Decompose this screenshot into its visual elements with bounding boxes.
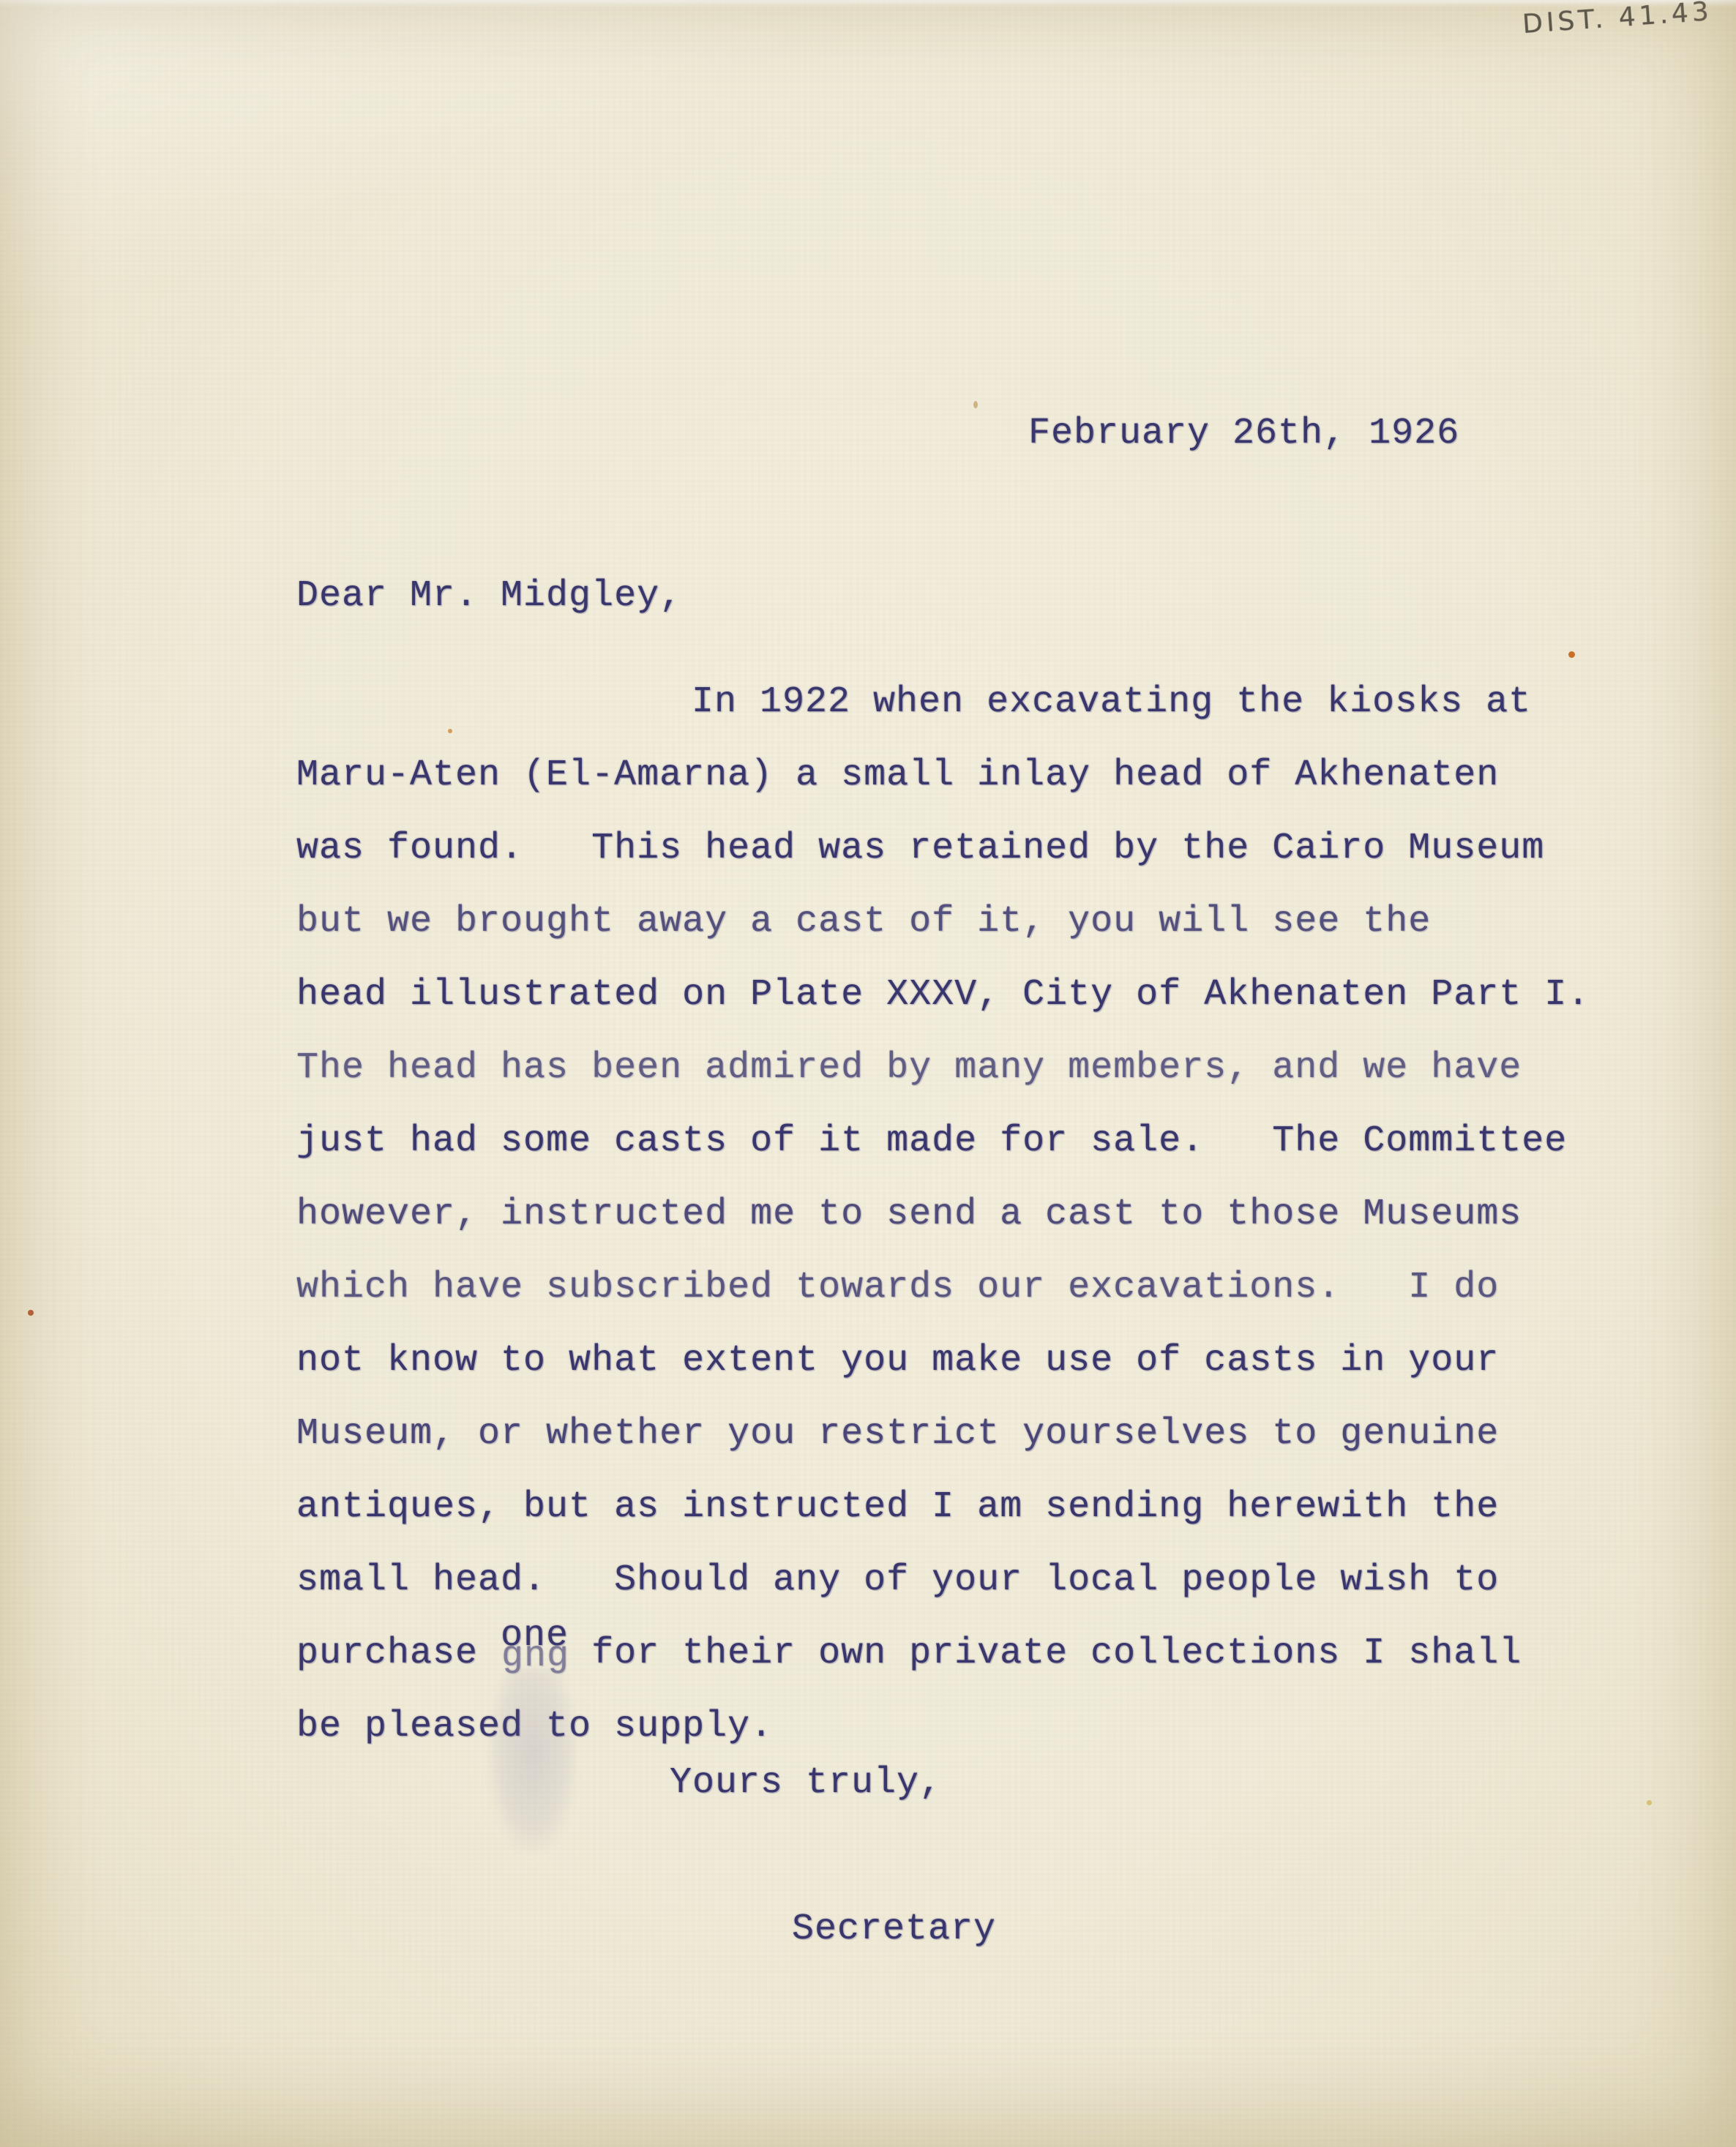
body-line: The head has been admired by many member… [296, 1050, 1585, 1123]
paper-speck [1647, 1800, 1652, 1805]
body-line: just had some casts of it made for sale.… [296, 1123, 1585, 1196]
body-line: not know to what extent you make use of … [296, 1343, 1585, 1416]
overtyped-word: gngone [501, 1635, 569, 1672]
body-line: small head. Should any of your local peo… [296, 1562, 1585, 1635]
body-line: In 1922 when excavating the kiosks at [296, 684, 1585, 757]
body-line: which have subscribed towards our excava… [296, 1270, 1585, 1343]
letter-body: In 1922 when excavating the kiosks atMar… [296, 684, 1585, 1782]
body-line: purchase gngone for their own private co… [296, 1635, 1585, 1709]
scan-edge [0, 0, 1736, 7]
body-line: however, instructed me to send a cast to… [296, 1196, 1585, 1270]
body-line: antiques, but as instructed I am sending… [296, 1489, 1585, 1562]
signature-title: Secretary [792, 1911, 996, 1948]
letter-date: February 26th, 1926 [1028, 416, 1459, 452]
closing: Yours truly, [670, 1765, 942, 1802]
paper-speck [973, 401, 978, 408]
salutation: Dear Mr. Midgley, [296, 578, 682, 615]
letter-scan: DIST. 41.43 February 26th, 1926 Dear Mr.… [0, 0, 1736, 2147]
body-line: but we brought away a cast of it, you wi… [296, 904, 1585, 977]
body-line: was found. This head was retained by the… [296, 831, 1585, 904]
archive-annotation: DIST. 41.43 [1522, 0, 1713, 40]
paper-speck [1568, 651, 1575, 658]
paper-speck [28, 1310, 34, 1316]
body-line: head illustrated on Plate XXXV, City of … [296, 977, 1585, 1050]
body-line: Museum, or whether you restrict yourselv… [296, 1416, 1585, 1489]
body-line: Maru-Aten (El-Amarna) a small inlay head… [296, 757, 1585, 831]
paper-fold [0, 0, 878, 307]
